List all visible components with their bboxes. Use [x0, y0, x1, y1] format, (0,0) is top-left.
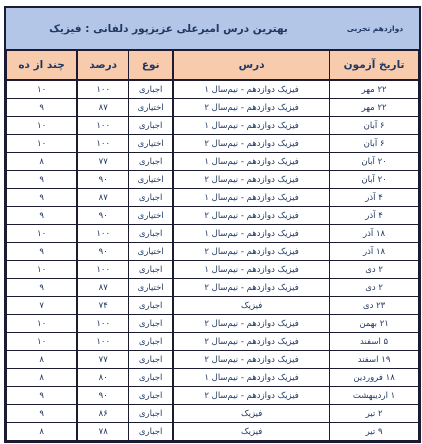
cell-percent: ۹۰ [77, 207, 129, 225]
cell-type: اجباری [129, 423, 173, 441]
cell-out-of-ten: ۸ [7, 153, 78, 171]
cell-lesson: فیزیک دوازدهم - نیم‌سال ۲ [173, 207, 330, 225]
cell-type: اختیاری [129, 171, 173, 189]
cell-type: اجباری [129, 351, 173, 369]
table-row: ۲ تیرفیزیکاجباری۸۶۹ [7, 405, 419, 423]
cell-out-of-ten: ۹ [7, 207, 78, 225]
table-row: ۲۱ بهمنفیزیک دوازدهم - نیم‌سال ۲اجباری۱۰… [7, 315, 419, 333]
cell-lesson: فیزیک دوازدهم - نیم‌سال ۲ [173, 279, 330, 297]
cell-percent: ۹۰ [77, 171, 129, 189]
cell-out-of-ten: ۸ [7, 369, 78, 387]
cell-exam-date: ۴ آذر [330, 189, 419, 207]
cell-percent: ۱۰۰ [77, 117, 129, 135]
cell-out-of-ten: ۹ [7, 387, 78, 405]
exam-report-sheet: دوازدهم تجربی بهترین درس امیرعلی عزیزپور… [4, 6, 421, 443]
column-header-lesson: درس [173, 51, 330, 81]
cell-percent: ۱۰۰ [77, 315, 129, 333]
cell-lesson: فیزیک دوازدهم - نیم‌سال ۲ [173, 243, 330, 261]
cell-exam-date: ۲ دی [330, 279, 419, 297]
cell-out-of-ten: ۹ [7, 99, 78, 117]
column-header-type: نوع [129, 51, 173, 81]
cell-type: اجباری [129, 225, 173, 243]
table-row: ۱۸ آذرفیزیک دوازدهم - نیم‌سال ۲اختیاری۹۰… [7, 243, 419, 261]
cell-percent: ۱۰۰ [77, 225, 129, 243]
cell-lesson: فیزیک دوازدهم - نیم‌سال ۱ [173, 80, 330, 99]
cell-type: اجباری [129, 387, 173, 405]
cell-percent: ۱۰۰ [77, 333, 129, 351]
cell-out-of-ten: ۸ [7, 351, 78, 369]
table-row: ۶ آبانفیزیک دوازدهم - نیم‌سال ۲اختیاری۱۰… [7, 135, 419, 153]
cell-lesson: فیزیک دوازدهم - نیم‌سال ۲ [173, 333, 330, 351]
cell-type: اجباری [129, 117, 173, 135]
table-row: ۶ آبانفیزیک دوازدهم - نیم‌سال ۱اجباری۱۰۰… [7, 117, 419, 135]
cell-exam-date: ۱۸ فروردین [330, 369, 419, 387]
table-row: ۱ اردیبهشتفیزیک دوازدهم - نیم‌سال ۲اجبار… [7, 387, 419, 405]
cell-out-of-ten: ۹ [7, 243, 78, 261]
cell-lesson: فیزیک دوازدهم - نیم‌سال ۲ [173, 315, 330, 333]
cell-lesson: فیزیک دوازدهم - نیم‌سال ۲ [173, 99, 330, 117]
cell-lesson: فیزیک [173, 297, 330, 315]
cell-lesson: فیزیک دوازدهم - نیم‌سال ۱ [173, 225, 330, 243]
cell-type: اجباری [129, 189, 173, 207]
cell-exam-date: ۱ اردیبهشت [330, 387, 419, 405]
table-row: ۲۰ آبانفیزیک دوازدهم - نیم‌سال ۲اختیاری۹… [7, 171, 419, 189]
table-row: ۲۳ دیفیزیکاجباری۷۴۷ [7, 297, 419, 315]
cell-exam-date: ۱۹ اسفند [330, 351, 419, 369]
cell-percent: ۷۴ [77, 297, 129, 315]
cell-out-of-ten: ۹ [7, 405, 78, 423]
cell-percent: ۷۷ [77, 351, 129, 369]
cell-out-of-ten: ۱۰ [7, 315, 78, 333]
cell-percent: ۹۰ [77, 387, 129, 405]
cell-type: اختیاری [129, 243, 173, 261]
cell-type: اختیاری [129, 99, 173, 117]
cell-type: اجباری [129, 80, 173, 99]
cell-percent: ۱۰۰ [77, 135, 129, 153]
cell-out-of-ten: ۱۰ [7, 117, 78, 135]
column-header-out-of-ten: چند از ده [7, 51, 78, 81]
cell-lesson: فیزیک دوازدهم - نیم‌سال ۱ [173, 369, 330, 387]
cell-percent: ۹۰ [77, 243, 129, 261]
cell-type: اجباری [129, 153, 173, 171]
cell-type: اجباری [129, 315, 173, 333]
cell-exam-date: ۴ آذر [330, 207, 419, 225]
results-table: تاریخ آزمون درس نوع درصد چند از ده ۲۲ مه… [6, 50, 419, 441]
cell-type: اجباری [129, 261, 173, 279]
cell-exam-date: ۱۸ آذر [330, 243, 419, 261]
column-header-exam-date: تاریخ آزمون [330, 51, 419, 81]
cell-out-of-ten: ۷ [7, 297, 78, 315]
cell-exam-date: ۲۲ مهر [330, 99, 419, 117]
cell-out-of-ten: ۱۰ [7, 333, 78, 351]
table-row: ۲۲ مهرفیزیک دوازدهم - نیم‌سال ۱اجباری۱۰۰… [7, 80, 419, 99]
page-title: بهترین درس امیرعلی عزیزپور دلفانی : فیزی… [6, 8, 331, 49]
cell-percent: ۷۸ [77, 423, 129, 441]
cell-out-of-ten: ۱۰ [7, 261, 78, 279]
cell-exam-date: ۲۰ آبان [330, 153, 419, 171]
cell-out-of-ten: ۱۰ [7, 225, 78, 243]
column-header-percent: درصد [77, 51, 129, 81]
table-row: ۲ دیفیزیک دوازدهم - نیم‌سال ۱اجباری۱۰۰۱۰ [7, 261, 419, 279]
cell-percent: ۸۰ [77, 369, 129, 387]
table-row: ۱۸ فروردینفیزیک دوازدهم - نیم‌سال ۱اجبار… [7, 369, 419, 387]
cell-exam-date: ۹ تیر [330, 423, 419, 441]
cell-percent: ۸۷ [77, 99, 129, 117]
title-bar: دوازدهم تجربی بهترین درس امیرعلی عزیزپور… [6, 8, 419, 50]
cell-type: اجباری [129, 369, 173, 387]
cell-exam-date: ۲ تیر [330, 405, 419, 423]
cell-percent: ۷۷ [77, 153, 129, 171]
table-row: ۲۲ مهرفیزیک دوازدهم - نیم‌سال ۲اختیاری۸۷… [7, 99, 419, 117]
cell-type: اختیاری [129, 135, 173, 153]
cell-lesson: فیزیک دوازدهم - نیم‌سال ۲ [173, 351, 330, 369]
table-row: ۱۸ آذرفیزیک دوازدهم - نیم‌سال ۱اجباری۱۰۰… [7, 225, 419, 243]
cell-percent: ۱۰۰ [77, 80, 129, 99]
cell-percent: ۸۶ [77, 405, 129, 423]
cell-type: اختیاری [129, 279, 173, 297]
grade-label: دوازدهم تجربی [331, 8, 419, 49]
cell-exam-date: ۶ آبان [330, 135, 419, 153]
cell-lesson: فیزیک دوازدهم - نیم‌سال ۲ [173, 171, 330, 189]
cell-percent: ۸۷ [77, 189, 129, 207]
cell-type: اجباری [129, 297, 173, 315]
cell-exam-date: ۲۲ مهر [330, 80, 419, 99]
table-body: ۲۲ مهرفیزیک دوازدهم - نیم‌سال ۱اجباری۱۰۰… [7, 80, 419, 441]
cell-out-of-ten: ۸ [7, 423, 78, 441]
cell-lesson: فیزیک دوازدهم - نیم‌سال ۲ [173, 387, 330, 405]
cell-lesson: فیزیک دوازدهم - نیم‌سال ۱ [173, 261, 330, 279]
cell-out-of-ten: ۱۰ [7, 80, 78, 99]
cell-out-of-ten: ۹ [7, 279, 78, 297]
table-row: ۹ تیرفیزیکاجباری۷۸۸ [7, 423, 419, 441]
cell-lesson: فیزیک دوازدهم - نیم‌سال ۲ [173, 135, 330, 153]
cell-percent: ۱۰۰ [77, 261, 129, 279]
cell-lesson: فیزیک [173, 423, 330, 441]
cell-lesson: فیزیک دوازدهم - نیم‌سال ۱ [173, 153, 330, 171]
table-row: ۲ دیفیزیک دوازدهم - نیم‌سال ۲اختیاری۸۷۹ [7, 279, 419, 297]
cell-lesson: فیزیک [173, 405, 330, 423]
table-row: ۴ آذرفیزیک دوازدهم - نیم‌سال ۲اختیاری۹۰۹ [7, 207, 419, 225]
cell-exam-date: ۲ دی [330, 261, 419, 279]
table-header-row: تاریخ آزمون درس نوع درصد چند از ده [7, 51, 419, 81]
cell-type: اجباری [129, 333, 173, 351]
cell-exam-date: ۵ اسفند [330, 333, 419, 351]
cell-exam-date: ۲۰ آبان [330, 171, 419, 189]
cell-exam-date: ۶ آبان [330, 117, 419, 135]
cell-lesson: فیزیک دوازدهم - نیم‌سال ۱ [173, 117, 330, 135]
cell-percent: ۸۷ [77, 279, 129, 297]
cell-out-of-ten: ۱۰ [7, 135, 78, 153]
table-row: ۲۰ آبانفیزیک دوازدهم - نیم‌سال ۱اجباری۷۷… [7, 153, 419, 171]
cell-out-of-ten: ۹ [7, 171, 78, 189]
cell-type: اجباری [129, 405, 173, 423]
cell-type: اختیاری [129, 207, 173, 225]
table-row: ۵ اسفندفیزیک دوازدهم - نیم‌سال ۲اجباری۱۰… [7, 333, 419, 351]
table-row: ۱۹ اسفندفیزیک دوازدهم - نیم‌سال ۲اجباری۷… [7, 351, 419, 369]
cell-exam-date: ۲۱ بهمن [330, 315, 419, 333]
cell-out-of-ten: ۹ [7, 189, 78, 207]
cell-exam-date: ۲۳ دی [330, 297, 419, 315]
cell-lesson: فیزیک دوازدهم - نیم‌سال ۱ [173, 189, 330, 207]
cell-exam-date: ۱۸ آذر [330, 225, 419, 243]
table-row: ۴ آذرفیزیک دوازدهم - نیم‌سال ۱اجباری۸۷۹ [7, 189, 419, 207]
